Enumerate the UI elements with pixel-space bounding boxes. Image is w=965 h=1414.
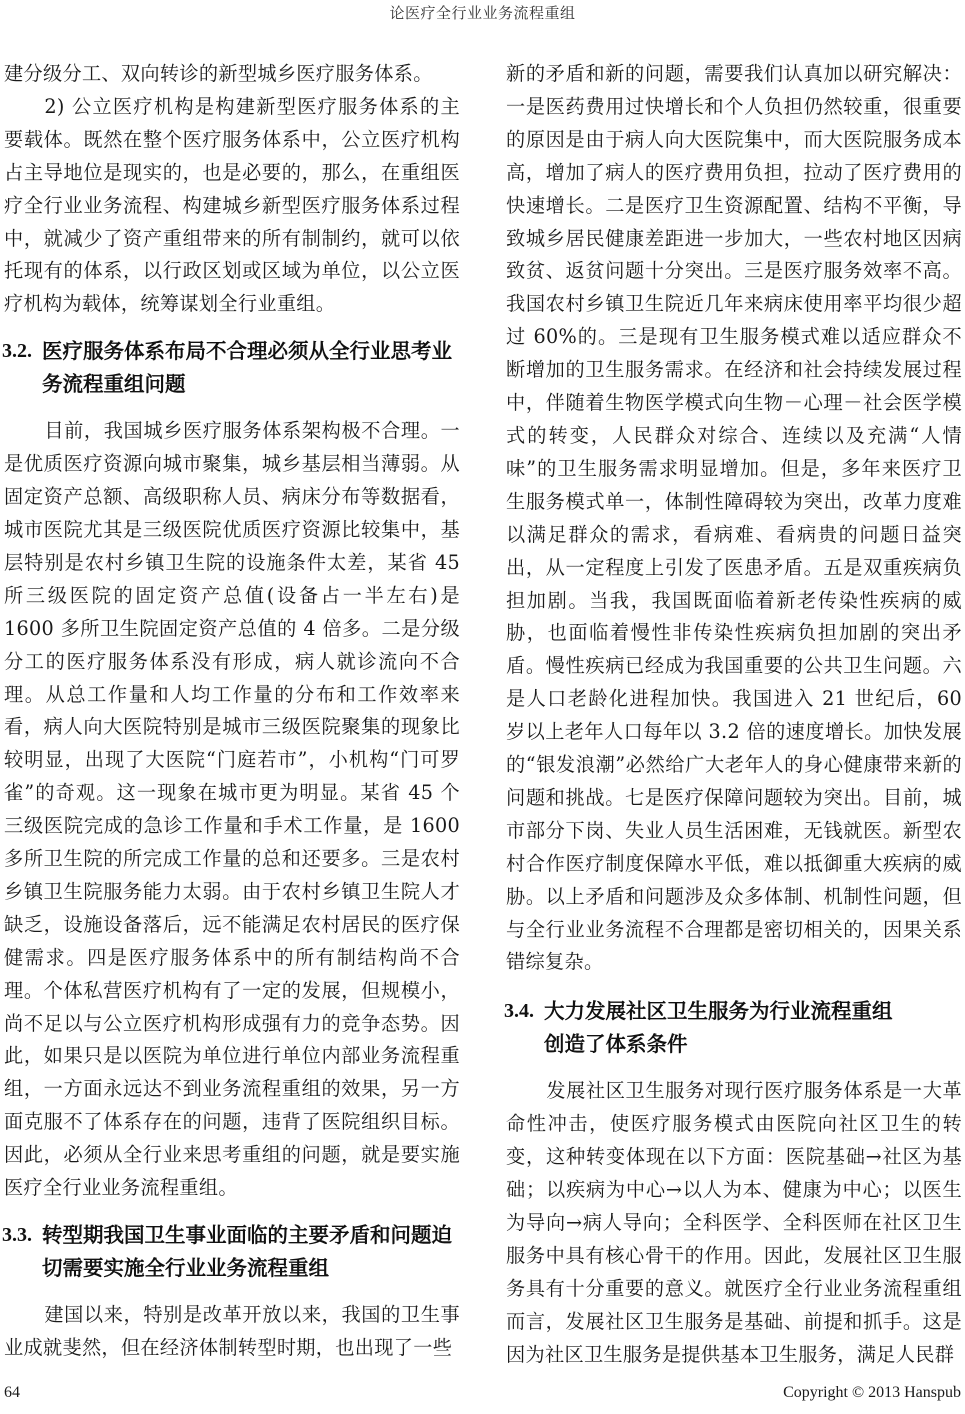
section-heading-3-3: 3.3. 转型期我国卫生事业面临的主要矛盾和问题迫切需要实施全行业业务流程重组: [4, 1219, 460, 1285]
section-title: 转型期我国卫生事业面临的主要矛盾和问题迫切需要实施全行业业务流程重组: [42, 1223, 452, 1280]
paragraph-public-institutions: 2) 公立医疗机构是构建新型医疗服务体系的主要载体。既然在整个医疗服务体系中，公…: [4, 91, 460, 321]
left-column: 建分级分工、双向转诊的新型城乡医疗服务体系。 2) 公立医疗机构是构建新型医疗服…: [4, 58, 460, 1365]
copyright-notice: Copyright © 2013 Hanspub: [783, 1384, 961, 1402]
section-title: 大力发展社区卫生服务为行业流程重组创造了体系条件: [544, 999, 893, 1056]
running-head: 论医疗全行业业务流程重组: [0, 2, 965, 23]
paragraph-system-layout: 目前，我国城乡医疗服务体系架构极不合理。一是优质医疗资源向城市聚集，城乡基层相当…: [4, 415, 460, 1205]
section-heading-3-4: 3.4. 大力发展社区卫生服务为行业流程重组创造了体系条件: [506, 995, 962, 1061]
section-title: 医疗服务体系布局不合理必须从全行业思考业务流程重组问题: [42, 339, 452, 396]
paragraph-community-health: 发展社区卫生服务对现行医疗服务体系是一大革命性冲击，使医疗服务模式由医院向社区卫…: [506, 1075, 962, 1371]
section-number: 3.4.: [504, 995, 534, 1028]
paragraph-problems-list: 新的矛盾和新的问题，需要我们认真加以研究解决：一是医药费用过快增长和个人负担仍然…: [506, 58, 962, 979]
section-number: 3.3.: [2, 1219, 32, 1252]
section-number: 3.2.: [2, 335, 32, 368]
section-heading-3-2: 3.2. 医疗服务体系布局不合理必须从全行业思考业务流程重组问题: [4, 335, 460, 401]
right-column: 新的矛盾和新的问题，需要我们认真加以研究解决：一是医药费用过快增长和个人负担仍然…: [506, 58, 962, 1372]
paragraph-continuation: 建分级分工、双向转诊的新型城乡医疗服务体系。: [4, 58, 460, 91]
page-number: 64: [4, 1384, 20, 1402]
paragraph-transition-period: 建国以来，特别是改革开放以来，我国的卫生事业成就斐然，但在经济体制转型时期，也出…: [4, 1299, 460, 1365]
